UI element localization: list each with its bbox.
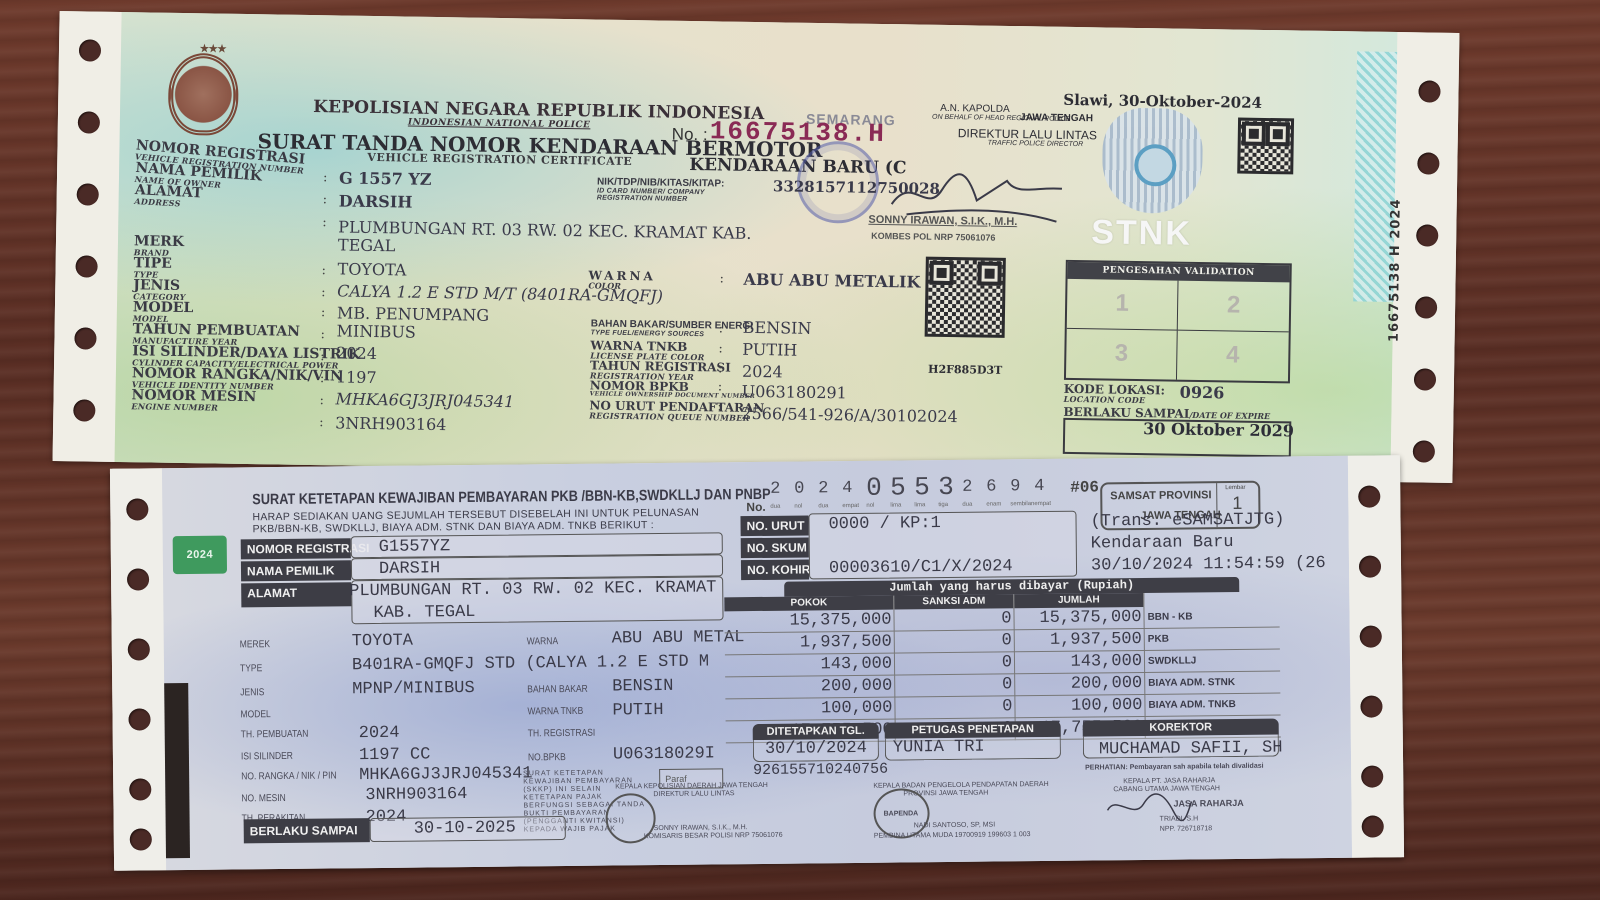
tractor-feed-margin-left [53, 11, 122, 462]
skpd-fuel: BENSIN [612, 677, 673, 697]
signatory-rank: KOMBES POL NRP 75061076 [871, 231, 995, 243]
feed-hole [1416, 224, 1438, 246]
sheet-label: Lembar [1225, 485, 1245, 491]
doc-number-word: dua [818, 503, 828, 509]
validation-cell: 3 [1066, 328, 1178, 379]
doc-number-digit: 5 [890, 472, 906, 502]
police-sign-nrp: KOMISARIS BESAR POLISI NRP 75061076 [644, 832, 783, 841]
stnk-mark: STNK [1091, 213, 1192, 254]
payment-pokok: 15,375,000 [724, 610, 894, 634]
vehicle-label: NO. RANGKA / NIK / PIN [241, 770, 337, 782]
vehicle-label: TH. REGISTRASI [528, 728, 596, 740]
officer-name: YUNIA TRI [893, 738, 985, 758]
vehicle-label: WARNA [527, 636, 558, 647]
doc-number-digit: 6 [986, 477, 996, 496]
officer-label: PETUGAS PENETAPAN [885, 721, 1061, 739]
vehicle-label: NO. MESIN [241, 793, 286, 804]
colon: : [319, 415, 324, 430]
payment-jumlah: 1,937,500 [1015, 629, 1145, 652]
qr-code-text: H2F885D3T [928, 363, 1002, 377]
plate-color-value: PUTIH [742, 340, 797, 360]
skpd-cylinder: 1197 CC [359, 745, 431, 765]
field-label: MODELMODEL [133, 300, 194, 323]
feed-hole [129, 778, 151, 800]
doc-number-digit: 0 [794, 479, 804, 498]
tax-assessment-slip: 2024 SURAT KETETAPAN KEWAJIBAN PEMBAYARA… [110, 455, 1404, 870]
id-label: NO. SKUM [741, 537, 809, 558]
payment-jumlah: 100,000 [1015, 695, 1145, 718]
id-label: NO. URUT [740, 515, 808, 536]
doc-number-word: enam [986, 501, 1001, 507]
transaction-type: Kendaraan Baru [1091, 533, 1234, 553]
feed-hole [1417, 152, 1439, 174]
field-label: JENISCATEGORY [133, 278, 186, 301]
police-sign-line2: DIREKTUR LALU LINTAS [653, 790, 734, 799]
skpd-plate-color: PUTIH [612, 701, 663, 721]
vehicle-label: ISI SILINDER [241, 751, 293, 763]
address-line2: TEGAL [338, 235, 396, 255]
feed-hole [1413, 440, 1435, 462]
colon: : [322, 215, 327, 230]
feed-hole [74, 327, 96, 349]
doc-number-word: nol [866, 503, 874, 509]
manufacture-year-value: 2024 [336, 343, 377, 363]
doc-number-word: dua [770, 504, 780, 510]
feed-hole [1415, 296, 1437, 318]
doc-number-word: empat [842, 503, 859, 509]
engine-number-value: 3NRH903164 [335, 413, 447, 434]
colon: : [323, 170, 328, 185]
vehicle-label: TYPE [240, 663, 262, 674]
vehicle-label: JENIS [240, 687, 264, 698]
certificate-number: 16675138.H [710, 116, 886, 149]
payment-sanksi: 0 [895, 652, 1015, 675]
vehicle-label: TH. PEMBUATAN [241, 729, 309, 741]
registration-number: G 1557 YZ [339, 168, 432, 188]
qr-code-icon [1237, 118, 1294, 175]
payment-jumlah: 15,375,000 [1014, 607, 1144, 630]
feed-hole [128, 708, 150, 730]
colon: : [320, 327, 325, 342]
colon: : [719, 271, 724, 286]
registration-year-value: 2024 [742, 362, 783, 382]
skpd-brand: TOYOTA [352, 632, 413, 652]
assessed-date-label: DITETAPKAN TGL. [753, 723, 879, 740]
model-value: MINIBUS [336, 321, 416, 341]
payment-pokok: 100,000 [725, 698, 895, 722]
payment-item: SWDKLLJ [1145, 650, 1280, 673]
feed-hole [1418, 80, 1440, 102]
qr-code-icon [925, 257, 1006, 338]
owner-label: ALAMAT [241, 582, 351, 607]
skpd-vin: MHKA6GJ3JRJ045341 [359, 764, 533, 785]
vertical-serial: 16675138 H 2024 [1387, 182, 1410, 342]
doc-number-digit: 4 [842, 479, 852, 498]
column-header: SANKSI ADM [894, 594, 1014, 609]
payment-pokok: 200,000 [725, 676, 895, 700]
owner-label: NOMOR REGISTRASI [241, 538, 351, 559]
feed-hole [77, 183, 99, 205]
feed-hole [126, 498, 148, 520]
payment-item: BIAYA ADM. STNK [1145, 672, 1280, 695]
payment-pokok: 143,000 [725, 654, 895, 678]
year-badge: 2024 [173, 536, 227, 575]
doc-suffix: #06 [1070, 478, 1099, 496]
jasaraharja-sign-npp: NPP. 726718718 [1160, 825, 1213, 834]
payment-item: BIAYA ADM. TNKB [1145, 694, 1280, 717]
colon: : [717, 399, 722, 414]
skpd-address-line2: KAB. TEGAL [373, 603, 475, 623]
signatory-region: JAWA TENGAH [1020, 112, 1093, 124]
transaction-channel: (Trans. eSAMSATJTG) [1090, 510, 1284, 531]
feed-hole [127, 568, 149, 590]
skpd-manufacture-year: 2024 [359, 724, 400, 743]
doc-number-digit: 2 [962, 478, 972, 497]
feed-hole [1361, 765, 1383, 787]
fuel-value: BENSIN [743, 318, 812, 338]
doc-number-word: tiga [938, 502, 948, 508]
doc-number-word: lima [890, 502, 901, 508]
payment-item: BBN - KB [1144, 606, 1279, 629]
feed-hole [1414, 368, 1436, 390]
colon: : [320, 371, 325, 386]
payment-sanksi: 0 [895, 674, 1015, 697]
colon: : [321, 305, 326, 320]
feed-hole [1362, 815, 1384, 837]
field-label: MERKBRAND [134, 234, 184, 257]
assessed-date: 30/10/2024 [765, 739, 867, 759]
skpd-type: B401RA-GMQFJ STD (CALYA 1.2 E STD M [352, 653, 709, 676]
corrector-name: MUCHAMAD SAFII, SH [1099, 739, 1283, 760]
number-label: No. : [672, 125, 708, 146]
doc-number-digit: 5 [914, 472, 930, 502]
nik-label: NIK/TDP/NIB/KITAS/KITAP:ID CARD NUMBER/ … [597, 177, 747, 203]
torn-edge [164, 683, 190, 858]
skpd-expiry-value: 30-10-2025 [414, 819, 516, 839]
skpd-engine-number: 3NRH903164 [365, 785, 467, 805]
feed-hole [1358, 485, 1380, 507]
colon: : [719, 321, 724, 336]
doc-number-digit: 0 [866, 473, 882, 503]
doc-number-word: dua [962, 502, 972, 508]
vin-value: MHKA6GJ3JRJ045341 [335, 389, 514, 411]
queue-number: 0000 / KP:1 [828, 514, 940, 534]
colon: : [321, 263, 326, 278]
colon: : [321, 285, 326, 300]
barcode-number: 926155710240756 [753, 761, 888, 779]
doc-number-digit: 3 [938, 472, 954, 502]
feed-hole [73, 399, 95, 421]
field-label: TIPETYPE [133, 256, 172, 279]
payment-sanksi: 0 [895, 696, 1015, 719]
bpkb-label: NOMOR BPKBVEHICLE OWNERSHIP DOCUMENT NUM… [590, 379, 756, 400]
feed-hole [1360, 625, 1382, 647]
vehicle-label: NO.BPKB [528, 752, 566, 763]
feed-hole [128, 638, 150, 660]
colon: : [320, 349, 325, 364]
queue-number-label: NO URUT PENDAFTARANREGISTRATION QUEUE NU… [589, 399, 764, 422]
jasaraharja-sign-name: TRIADI, S.H [1160, 815, 1199, 823]
vehicle-label: MEREK [240, 639, 270, 650]
location-code-value: 0926 [1180, 383, 1225, 403]
skpd-category: MPNP/MINIBUS [352, 679, 475, 699]
bpkb-value: U063180291 [742, 382, 847, 403]
slip-subtitle: HARAP SEDIAKAN UANG SEJUMLAH TERSEBUT DI… [252, 507, 699, 536]
validation-cell: 4 [1177, 330, 1289, 381]
skpd-expiry-label: BERLAKU SAMPAI [244, 818, 370, 843]
validation-table: PENGESAHAN VALIDATION 1 2 3 4 [1064, 260, 1292, 384]
colon: : [718, 379, 723, 394]
color-label: WARNACOLOR [588, 269, 656, 290]
validation-cell: 2 [1178, 281, 1290, 332]
colon: : [323, 192, 328, 207]
payment-jumlah: 143,000 [1015, 651, 1145, 674]
feed-hole [75, 255, 97, 277]
expiry-value: 30 Oktober 2029 [1143, 419, 1294, 440]
payment-table: Jumlah yang harus dibayar (Rupiah) POKOK… [724, 577, 1281, 744]
payment-pokok: 1,937,500 [725, 632, 895, 656]
kohir-number: 00003610/C1/X/2024 [829, 557, 1013, 578]
cylinder-value: 1197 [336, 367, 377, 387]
feed-hole [1360, 695, 1382, 717]
queue-number-value: 2566/541-926/A/30102024 [741, 404, 958, 426]
payment-jumlah: 200,000 [1015, 673, 1145, 696]
skpd-registration-number: G1557YZ [379, 537, 451, 557]
doc-number-digit: 4 [1034, 477, 1044, 496]
color-value: ABU ABU METALIK [743, 270, 920, 292]
skpd-address-line1: PLUMBUNGAN RT. 03 RW. 02 KEC. KRAMAT [349, 578, 716, 601]
vehicle-label: WARNA TNKB [527, 706, 583, 718]
tractor-feed-margin-right [1348, 455, 1404, 858]
doc-number-word: lima [914, 502, 925, 508]
payment-item: PKB [1145, 628, 1280, 651]
colon: : [718, 341, 723, 356]
field-label: NOMOR MESINENGINE NUMBER [131, 388, 256, 412]
stnk-certificate: 16675138 H 2024 ★★★ KEPOLISIAN NEGARA RE… [53, 11, 1460, 483]
feed-hole [130, 828, 152, 850]
colon: : [718, 361, 723, 376]
bapenda-sign-name: NADI SANTOSO, SP, MSI [914, 822, 996, 831]
doc-number-digit: 2 [770, 480, 780, 499]
vehicle-label: MODEL [240, 709, 270, 720]
owner-name: DARSIH [339, 191, 413, 211]
bapenda-stamp-text: BAPENDA [884, 810, 919, 818]
bapenda-sign-nip: PEMBINA UTAMA MUDA 19700919 199603 1 003 [874, 831, 1031, 841]
doc-number-word: empat [1034, 501, 1051, 507]
doc-number-label: No. [746, 500, 765, 514]
id-label: NO. KOHIR [741, 559, 809, 580]
feed-hole [79, 39, 101, 61]
location-code-label: KODE LOKASI:LOCATION CODE [1064, 383, 1165, 405]
brand-value: TOYOTA [337, 259, 406, 279]
transaction-timestamp: 30/10/2024 11:54:59 (26 [1091, 554, 1326, 575]
feed-hole [78, 111, 100, 133]
field-label: ALAMATADDRESS [134, 183, 203, 208]
signatory-position-en: TRAFFIC POLICE DIRECTOR [988, 140, 1084, 148]
validation-cell: 1 [1067, 279, 1179, 330]
doc-number-word: nol [794, 504, 802, 510]
skpd-bpkb-number: U06318029I [613, 744, 715, 764]
column-header: JUMLAH [1014, 593, 1144, 608]
doc-number-digit: 2 [818, 479, 828, 498]
owner-label: NAMA PEMILIK [241, 560, 351, 581]
skpd-owner-name: DARSIH [379, 559, 440, 579]
signatory-name: SONNY IRAWAN, S.I.K., M.H. [868, 214, 1017, 228]
samsat-stamp-line1: SAMSAT PROVINSI [1110, 489, 1211, 502]
doc-number-digit: 9 [1010, 477, 1020, 496]
stars-icon: ★★★ [199, 41, 225, 55]
fuel-label: BAHAN BAKAR/SUMBER ENERGITYPE FUEL/ENERG… [591, 319, 753, 339]
police-emblem-icon [168, 53, 239, 136]
colon: : [319, 393, 324, 408]
nik-value: 3328157112750028 [773, 177, 940, 198]
payment-sanksi: 0 [894, 608, 1014, 631]
doc-number-word: sembilan [1010, 501, 1034, 507]
vehicle-label: BAHAN BAKAR [527, 684, 588, 696]
feed-hole [1359, 555, 1381, 577]
tractor-feed-margin-left [110, 468, 166, 871]
payment-sanksi: 0 [895, 630, 1015, 653]
